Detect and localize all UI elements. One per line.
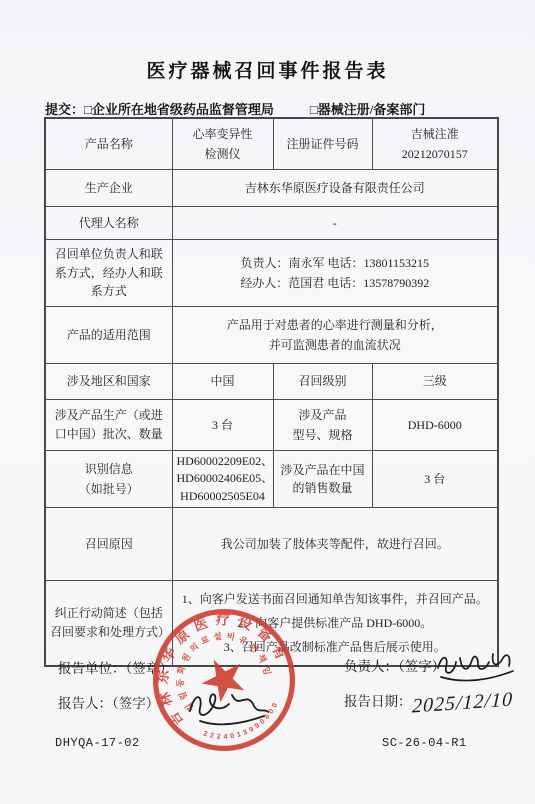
table-row-regions: 涉及地区和国家 中国 召回级别 三级 [45, 364, 498, 400]
table-row-batches: 涉及产品生产（或进口中国）批次、数量 3 台 涉及产品 型号、规格 DHD-60… [45, 400, 498, 451]
agent-name-value: - [172, 207, 498, 240]
regions-value: 中国 [172, 364, 273, 400]
china-sales-value: 3 台 [372, 451, 498, 508]
table-row-manufacturer: 生产企业 吉林东华原医疗设备有限责任公司 [45, 170, 498, 207]
submit-option-province-checkbox-label: 提交：□企业所在地省级药品监督管理局 [45, 99, 274, 118]
model-spec-value: DHD-6000 [372, 400, 498, 451]
batches-label: 涉及产品生产（或进口中国）批次、数量 [45, 400, 172, 451]
scope-value: 产品用于对患者的心率进行测量和分析， 并可监测患者的血流状况 [172, 307, 498, 364]
table-row-agent: 代理人名称 - [45, 207, 498, 240]
manufacturer-value: 吉林东华原医疗设备有限责任公司 [172, 170, 498, 207]
manufacturer-label: 生产企业 [45, 170, 172, 207]
recall-reason-label: 召回原因 [45, 508, 172, 581]
registration-no-label: 注册证件号码 [273, 118, 372, 170]
contacts-value: 负责人：南永军 电话：13801153215 经办人：范国君 电话：135787… [172, 240, 498, 307]
table-row-scope: 产品的适用范围 产品用于对患者的心率进行测量和分析， 并可监测患者的血流状况 [45, 307, 498, 364]
seal-icon: 吉林东华原医疗设备有限责任公司 길림동화원의료설비유한책임회사 22240139… [148, 604, 300, 756]
recall-level-value: 三级 [372, 364, 498, 400]
china-sales-label: 涉及产品在中国 的销售数量 [273, 451, 372, 508]
reporter-signature-handwriting [182, 683, 274, 729]
scope-label: 产品的适用范围 [45, 307, 172, 364]
report-date-line: 报告日期：2025/12/10 [344, 690, 513, 715]
table-row-recall-reason: 召回原因 我公司加装了肢体夹等配件，故进行召回。 [45, 508, 498, 581]
report-date-handwritten-value: 2025/12/10 [411, 688, 513, 718]
contacts-label: 召回单位负责人和联系方式，经办人和联系方式 [45, 240, 172, 307]
table-row-contacts: 召回单位负责人和联系方式，经办人和联系方式 负责人：南永军 电话：1380115… [45, 240, 498, 307]
model-spec-label: 涉及产品 型号、规格 [273, 400, 372, 451]
footer-document-code-left: DHYQA-17-02 [55, 736, 140, 750]
identification-value: HD60002209E02、 HD60002406E05、 HD60002505… [172, 451, 273, 508]
registration-no-value: 吉械注准 20212070157 [372, 118, 498, 170]
batches-value: 3 台 [172, 400, 273, 451]
responsible-signature-handwriting [432, 646, 518, 688]
report-date-label: 报告日期： [344, 694, 412, 709]
regions-label: 涉及地区和国家 [45, 364, 172, 400]
company-seal-stamp: 吉林东华原医疗设备有限责任公司 길림동화원의료설비유한책임회사 22240139… [148, 604, 300, 756]
recall-report-table: 产品名称 心率变异性 检测仪 注册证件号码 吉械注准 20212070157 生… [44, 117, 499, 667]
table-row-identification: 识别信息 （如批号） HD60002209E02、 HD60002406E05、… [45, 451, 498, 508]
submit-option-registry-checkbox-label: □器械注册/备案部门 [310, 99, 425, 118]
recall-level-label: 召回级别 [273, 364, 372, 400]
agent-name-label: 代理人名称 [45, 207, 172, 240]
table-row-product: 产品名称 心率变异性 检测仪 注册证件号码 吉械注准 20212070157 [45, 118, 498, 170]
identification-label: 识别信息 （如批号） [45, 451, 172, 508]
recall-reason-value: 我公司加装了肢体夹等配件，故进行召回。 [172, 508, 498, 581]
page-title: 医疗器械召回事件报告表 [0, 56, 535, 83]
recall-report-document: 医疗器械召回事件报告表 提交：□企业所在地省级药品监督管理局 □器械注册/备案部… [0, 0, 535, 804]
product-name-label: 产品名称 [45, 118, 172, 170]
footer-document-code-right: SC-26-04-R1 [382, 736, 467, 750]
product-name-value: 心率变异性 检测仪 [172, 118, 273, 170]
submit-options-line: 提交：□企业所在地省级药品监督管理局 □器械注册/备案部门 [45, 99, 497, 118]
